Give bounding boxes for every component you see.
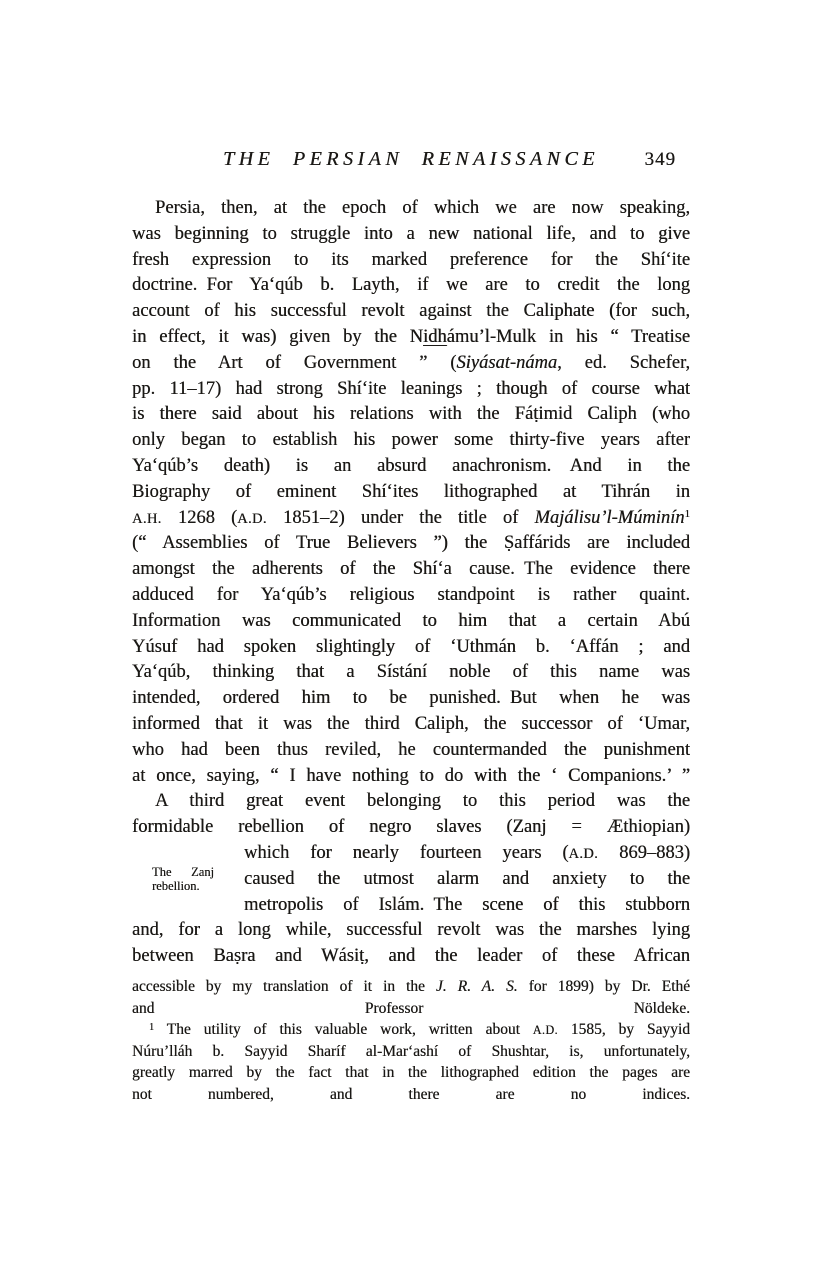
text-line: (“ Assemblies of True Believers ”) the Ṣ… bbox=[132, 531, 690, 557]
footnote-line: Núru’lláh b. Sayyid Sharíf al-Mar‘ashí o… bbox=[132, 1041, 690, 1063]
text-line: informed that it was the third Caliph, t… bbox=[132, 712, 690, 738]
text-block: THE PERSIAN RENAISSANCE 349 Persia, then… bbox=[132, 0, 690, 1276]
body-text: Persia, then, at the epoch of which we a… bbox=[132, 196, 690, 970]
text-line: only began to establish his power some t… bbox=[132, 428, 690, 454]
text-line: between Baṣra and Wásiṭ, and the leader … bbox=[132, 944, 690, 970]
text-line: is there said about his relations with t… bbox=[132, 402, 690, 428]
margin-note: The Zanj rebellion. bbox=[152, 866, 214, 893]
footnote-line: greatly marred by the fact that in the l… bbox=[132, 1062, 690, 1084]
text-line: A third great event belonging to this pe… bbox=[132, 789, 690, 815]
text-line: and, for a long while, successful revolt… bbox=[132, 918, 690, 944]
text-line: intended, ordered him to be punished. Bu… bbox=[132, 686, 690, 712]
footnote-line: 1 The utility of this valuable work, wri… bbox=[132, 1019, 690, 1041]
page-title: THE PERSIAN RENAISSANCE bbox=[132, 147, 690, 171]
text-line: adduced for Ya‘qúb’s religious standpoin… bbox=[132, 583, 690, 609]
text-line: pp. 11–17) had strong Shí‘ite leanings ;… bbox=[132, 377, 690, 403]
text-line: formidable rebellion of negro slaves (Za… bbox=[132, 815, 690, 841]
text-line: in effect, it was) given by the Nidhámu’… bbox=[132, 325, 690, 351]
text-line: amongst the adherents of the Shí‘a cause… bbox=[132, 557, 690, 583]
book-page: THE PERSIAN RENAISSANCE 349 Persia, then… bbox=[0, 0, 815, 1276]
text-line: metropolis of Islám. The scene of this s… bbox=[132, 893, 690, 919]
text-line: caused the utmost alarm and anxiety to t… bbox=[132, 867, 690, 893]
text-line: Information was communicated to him that… bbox=[132, 609, 690, 635]
text-line: Yúsuf had spoken slightingly of ‘Uthmán … bbox=[132, 635, 690, 661]
text-line: who had been thus reviled, he counterman… bbox=[132, 738, 690, 764]
text-line: on the Art of Government ” (Siyásat-náma… bbox=[132, 351, 690, 377]
footnotes: accessible by my translation of it in th… bbox=[132, 976, 690, 1106]
text-line: Ya‘qúb’s death) is an absurd anachronism… bbox=[132, 454, 690, 480]
text-line: A.H. 1268 (A.D. 1851–2) under the title … bbox=[132, 506, 690, 532]
text-line: Biography of eminent Shí‘ites lithograph… bbox=[132, 480, 690, 506]
text-line: at once, saying, “ I have nothing to do … bbox=[132, 764, 690, 790]
text-line: account of his successful revolt against… bbox=[132, 299, 690, 325]
footnote-line: not numbered, and there are no indices. bbox=[132, 1084, 690, 1106]
margin-note-line: The Zanj bbox=[152, 866, 214, 880]
text-line: Ya‘qúb, thinking that a Sístání noble of… bbox=[132, 660, 690, 686]
footnote-line: accessible by my translation of it in th… bbox=[132, 976, 690, 998]
running-header: THE PERSIAN RENAISSANCE 349 bbox=[132, 147, 690, 173]
margin-note-line: rebellion. bbox=[152, 880, 214, 894]
text-line: was beginning to struggle into a new nat… bbox=[132, 222, 690, 248]
text-line: fresh expression to its marked preferenc… bbox=[132, 248, 690, 274]
text-line: which for nearly fourteen years (A.D. 86… bbox=[132, 841, 690, 867]
page-number: 349 bbox=[645, 148, 677, 172]
text-line: doctrine. For Ya‘qúb b. Layth, if we are… bbox=[132, 273, 690, 299]
footnote-line: and Professor Nöldeke. bbox=[132, 998, 690, 1020]
text-line: Persia, then, at the epoch of which we a… bbox=[132, 196, 690, 222]
